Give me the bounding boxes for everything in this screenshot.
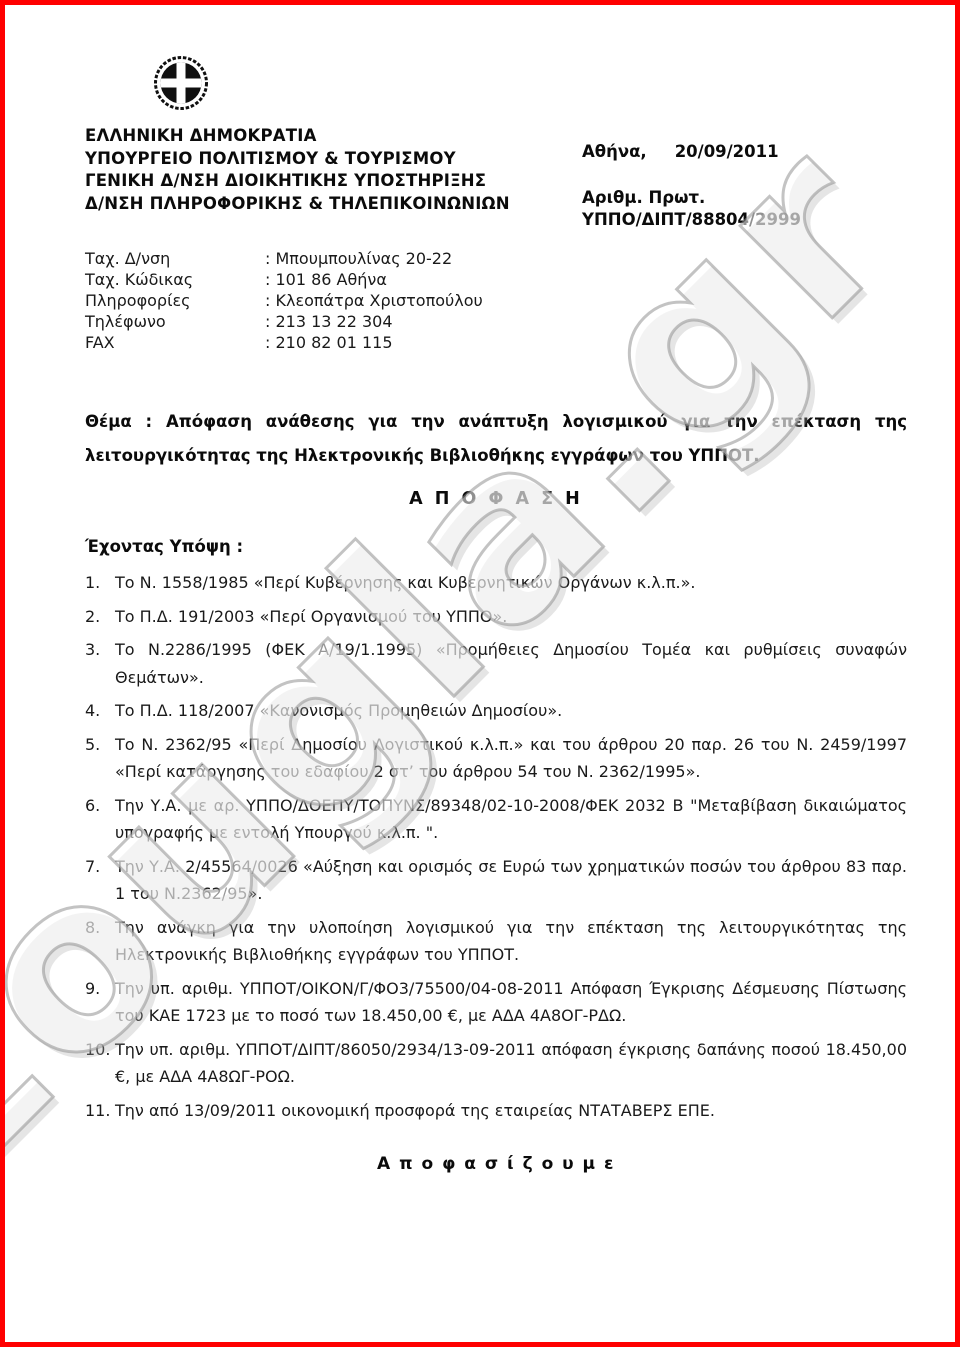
item-text: Την από 13/09/2011 οικονομική προσφορά τ… [115,1101,715,1120]
item-number: 6. [85,792,100,820]
document-page: ΕΛΛΗΝΙΚΗ ΔΗΜΟΚΡΑΤΙΑ ΥΠΟΥΡΓΕΙΟ ΠΟΛΙΤΙΣΜΟΥ… [0,0,960,1347]
contact-label: FAX [85,332,265,353]
list-item: 3.Το Ν.2286/1995 (ΦΕΚ Α/19/1.1995) «Προμ… [85,636,907,691]
document-header: ΕΛΛΗΝΙΚΗ ΔΗΜΟΚΡΑΤΙΑ ΥΠΟΥΡΓΕΙΟ ΠΟΛΙΤΙΣΜΟΥ… [85,5,907,248]
document-date: 20/09/2011 [675,142,779,161]
city-label: Αθήνα, [582,142,647,161]
org-line: ΥΠΟΥΡΓΕΙΟ ΠΟΛΙΤΙΣΜΟΥ & ΤΟΥΡΙΣΜΟΥ [85,148,510,171]
document-content: ΕΛΛΗΝΙΚΗ ΔΗΜΟΚΡΑΤΙΑ ΥΠΟΥΡΓΕΙΟ ΠΟΛΙΤΙΣΜΟΥ… [5,5,955,1174]
item-number: 8. [85,914,100,942]
contact-block: Ταχ. Δ/νση : Μπουμπουλίνας 20-22 Ταχ. Κώ… [85,248,907,353]
considering-label: Έχοντας Υπόψη : [85,537,907,556]
subject-label: Θέμα : [85,412,152,431]
org-line: ΕΛΛΗΝΙΚΗ ΔΗΜΟΚΡΑΤΙΑ [85,125,510,148]
greek-emblem-icon [153,55,209,111]
org-line: ΓΕΝΙΚΗ Δ/ΝΣΗ ΔΙΟΙΚΗΤΙΚΗΣ ΥΠΟΣΤΗΡΙΞΗΣ [85,170,510,193]
org-block: ΕΛΛΗΝΙΚΗ ΔΗΜΟΚΡΑΤΙΑ ΥΠΟΥΡΓΕΙΟ ΠΟΛΙΤΙΣΜΟΥ… [85,125,510,215]
item-number: 4. [85,697,100,725]
item-number: 11. [85,1097,110,1125]
contact-value: : Μπουμπουλίνας 20-22 [265,248,452,269]
contact-value: : 210 82 01 115 [265,332,393,353]
list-item: 10.Την υπ. αριθμ. ΥΠΠΟΤ/ΔΙΠΤ/86050/2934/… [85,1036,907,1091]
contact-value: : 213 13 22 304 [265,311,393,332]
list-item: 4.Το Π.Δ. 118/2007 «Κανονισμός Προμηθειώ… [85,697,907,725]
item-number: 9. [85,975,100,1003]
subject-line: Θέμα : Απόφαση ανάθεσης για την ανάπτυξη… [85,405,907,473]
contact-row: Ταχ. Κώδικας : 101 86 Αθήνα [85,269,907,290]
item-text: Το Π.Δ. 191/2003 «Περί Οργανισμού του ΥΠ… [115,607,507,626]
protocol-number: ΥΠΠΟ/ΔΙΠΤ/88804/2999 [582,209,801,231]
item-number: 10. [85,1036,110,1064]
contact-row: FAX : 210 82 01 115 [85,332,907,353]
decision-heading: Α Π Ο Φ Α Σ Η [85,489,907,509]
list-item: 11.Την από 13/09/2011 οικονομική προσφορ… [85,1097,907,1125]
list-item: 1.Το Ν. 1558/1985 «Περί Κυβέρνησης και Κ… [85,569,907,597]
item-text: Την ανάγκη για την υλοποίηση λογισμικού … [115,918,907,965]
item-number: 7. [85,853,100,881]
item-number: 1. [85,569,100,597]
item-text: Την υπ. αριθμ. ΥΠΠΟΤ/ΔΙΠΤ/86050/2934/13-… [115,1040,907,1087]
contact-value: : 101 86 Αθήνα [265,269,387,290]
subject-text: Απόφαση ανάθεσης για την ανάπτυξη λογισμ… [85,412,907,465]
contact-row: Πληροφορίες : Κλεοπάτρα Χριστοπούλου [85,290,907,311]
item-text: Την υπ. αριθμ. ΥΠΠΟΤ/ΟΙΚΟΝ/Γ/ΦΟ3/75500/0… [115,979,907,1026]
decide-heading: Α π ο φ α σ ί ζ ο υ μ ε [85,1154,907,1174]
item-text: Την Υ.Α. με αρ. ΥΠΠΟ/ΔΟΕΠΥ/ΤΟΠΥΝΣ/89348/… [115,796,907,843]
protocol-block: Αθήνα,20/09/2011 Αριθμ. Πρωτ. ΥΠΠΟ/ΔΙΠΤ/… [582,141,801,231]
list-item: 2.Το Π.Δ. 191/2003 «Περί Οργανισμού του … [85,603,907,631]
item-number: 5. [85,731,100,759]
contact-label: Ταχ. Κώδικας [85,269,265,290]
contact-label: Ταχ. Δ/νση [85,248,265,269]
contact-value: : Κλεοπάτρα Χριστοπούλου [265,290,483,311]
list-item: 9.Την υπ. αριθμ. ΥΠΠΟΤ/ΟΙΚΟΝ/Γ/ΦΟ3/75500… [85,975,907,1030]
list-item: 7.Την Υ.Α. 2/45564/0026 «Αύξηση και ορισ… [85,853,907,908]
protocol-label: Αριθμ. Πρωτ. [582,187,801,209]
date-line: Αθήνα,20/09/2011 [582,141,801,163]
contact-row: Ταχ. Δ/νση : Μπουμπουλίνας 20-22 [85,248,907,269]
item-text: Το Ν.2286/1995 (ΦΕΚ Α/19/1.1995) «Προμήθ… [115,640,907,687]
item-text: Το Π.Δ. 118/2007 «Κανονισμός Προμηθειών … [115,701,562,720]
list-item: 5.Το Ν. 2362/95 «Περί Δημοσίου Λογιστικο… [85,731,907,786]
org-line: Δ/ΝΣΗ ΠΛΗΡΟΦΟΡΙΚΗΣ & ΤΗΛΕΠΙΚΟΙΝΩΝΙΩΝ [85,193,510,216]
item-text: Την Υ.Α. 2/45564/0026 «Αύξηση και ορισμό… [115,857,907,904]
contact-label: Τηλέφωνο [85,311,265,332]
contact-label: Πληροφορίες [85,290,265,311]
item-number: 2. [85,603,100,631]
item-text: Το Ν. 2362/95 «Περί Δημοσίου Λογιστικού … [115,735,907,782]
item-text: Το Ν. 1558/1985 «Περί Κυβέρνησης και Κυβ… [115,573,695,592]
list-item: 8.Την ανάγκη για την υλοποίηση λογισμικο… [85,914,907,969]
list-item: 6.Την Υ.Α. με αρ. ΥΠΠΟ/ΔΟΕΠΥ/ΤΟΠΥΝΣ/8934… [85,792,907,847]
item-number: 3. [85,636,100,664]
considerations-list: 1.Το Ν. 1558/1985 «Περί Κυβέρνησης και Κ… [85,569,907,1124]
contact-row: Τηλέφωνο : 213 13 22 304 [85,311,907,332]
